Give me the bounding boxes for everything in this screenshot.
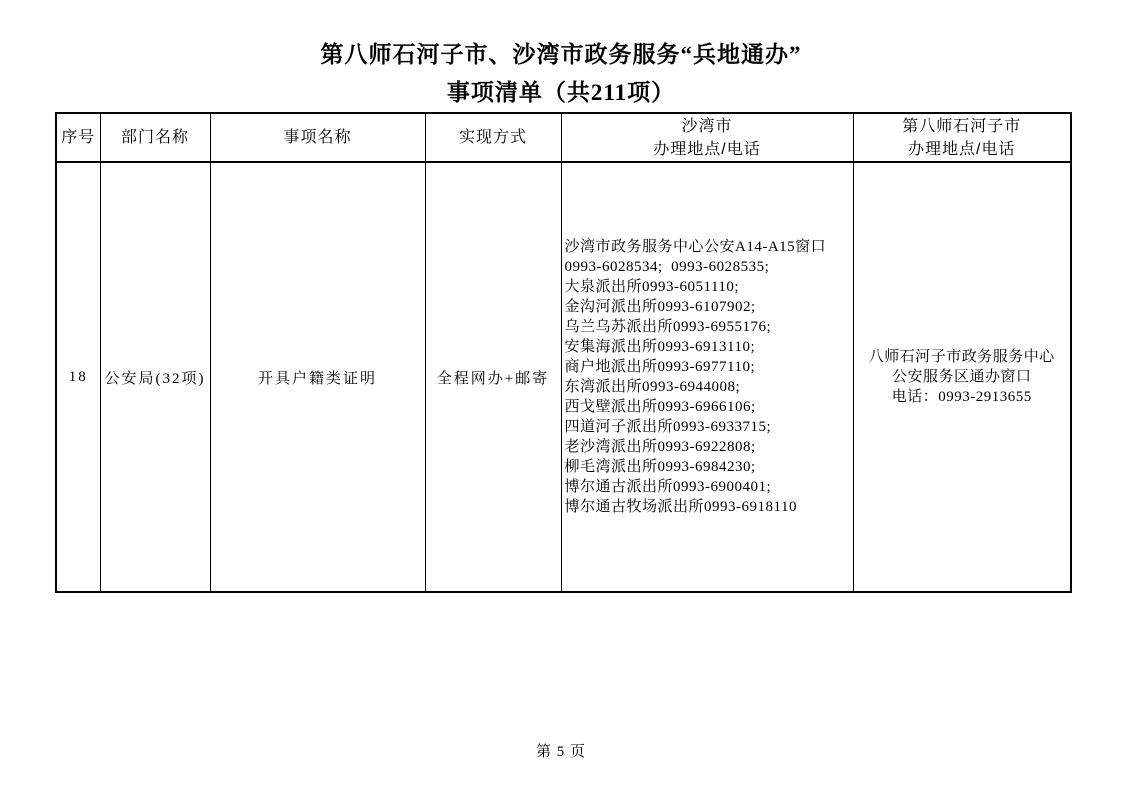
cell-seq: 18 [56, 162, 100, 592]
page-title-line1: 第八师石河子市、沙湾市政务服务“兵地通办” [0, 36, 1122, 74]
table-header-row: 序号 部门名称 事项名称 实现方式 沙湾市 办理地点/电话 第八师石河子市 办理… [56, 113, 1071, 162]
cell-department: 公安局(32项) [100, 162, 210, 592]
page-title-line2: 事项清单（共211项） [0, 74, 1122, 112]
header-department: 部门名称 [100, 113, 210, 162]
cell-method: 全程网办+邮寄 [425, 162, 561, 592]
cell-shawan-contacts: 沙湾市政务服务中心公安A14-A15窗口 0993-6028534; 0993-… [561, 162, 853, 592]
header-shihezi-contacts: 第八师石河子市 办理地点/电话 [853, 113, 1071, 162]
header-item-name: 事项名称 [210, 113, 425, 162]
header-shawan-contacts: 沙湾市 办理地点/电话 [561, 113, 853, 162]
cell-item-name: 开具户籍类证明 [210, 162, 425, 592]
table-row: 18 公安局(32项) 开具户籍类证明 全程网办+邮寄 沙湾市政务服务中心公安A… [56, 162, 1071, 592]
header-seq: 序号 [56, 113, 100, 162]
header-method: 实现方式 [425, 113, 561, 162]
page-title: 第八师石河子市、沙湾市政务服务“兵地通办” 事项清单（共211项） [0, 36, 1122, 112]
document-page: 第八师石河子市、沙湾市政务服务“兵地通办” 事项清单（共211项） 序号 部门名… [0, 0, 1122, 793]
items-table: 序号 部门名称 事项名称 实现方式 沙湾市 办理地点/电话 第八师石河子市 办理… [55, 112, 1072, 593]
cell-shihezi-contacts: 八师石河子市政务服务中心 公安服务区通办窗口 电话：0993-2913655 [853, 162, 1071, 592]
page-footer: 第 5 页 [0, 740, 1122, 761]
